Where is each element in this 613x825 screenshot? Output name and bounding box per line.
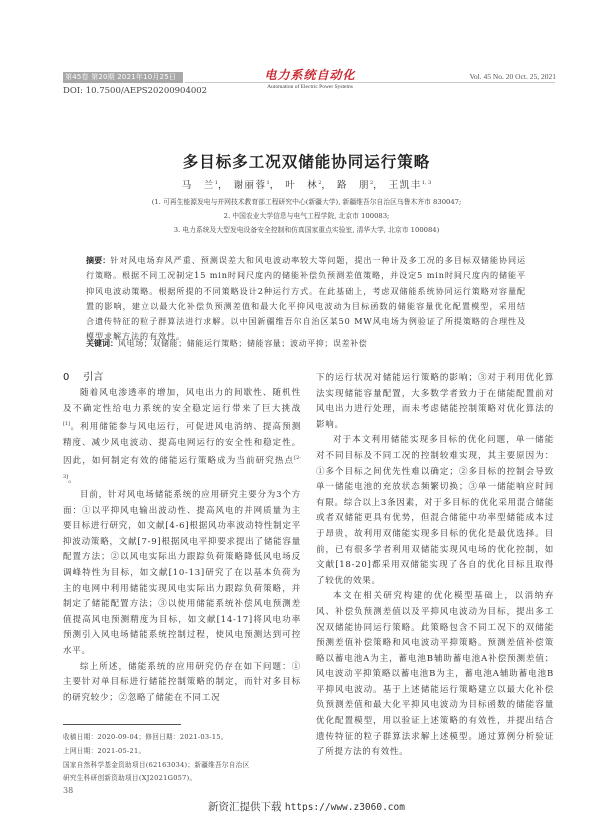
author: 叶 林: [285, 180, 318, 191]
issue-band: 第45卷 第20期 2021年10月25日: [63, 72, 183, 83]
body-column-right: 下的运行状况对储能运行策略的影响；③对于利用优化算法实现储能容量配置，大多数学者…: [316, 371, 554, 761]
section-heading: 0引言: [63, 368, 103, 383]
watermark: 新资汇提供下载 https://www.z3060.com: [0, 799, 613, 814]
abstract-text: 针对风电场弃风严重、预测误差大和风电波动率较大等问题，提出一种计及多工况的多目标…: [86, 255, 526, 341]
journal-logo: 电力系统自动化: [260, 66, 360, 83]
journal-name-en: Automation of Electric Power Systems: [240, 84, 380, 90]
affiliation-3: 3. 电力系统及大型发电设备安全控制和仿真国家重点实验室, 清华大学, 北京市 …: [0, 224, 613, 234]
page-number: 38: [63, 786, 73, 795]
paragraph: 本文在相关研究构建的优化模型基础上，以消纳弃风、补偿负预测差值以及平抑风电波动为…: [316, 589, 554, 761]
footnote-funding-cont: 研究生科研创新资助项目(XJ2021G057)。: [63, 772, 196, 782]
author: 谢丽蓉: [233, 180, 266, 191]
keywords: 关键词：风电场；双储能；储能运行策略；储能容量；波动平抑；误差补偿: [86, 338, 526, 349]
abstract: 摘要：针对风电场弃风严重、预测误差大和风电波动率较大等问题，提出一种计及多工况的…: [86, 253, 526, 345]
footnote-rule: [63, 724, 181, 725]
footnote-received: 收稿日期：2020-09-04；修回日期：2021-03-15。: [63, 731, 228, 741]
author: 路 朋: [337, 180, 370, 191]
section-title: 引言: [83, 372, 103, 383]
affiliation-1: (1. 可再生能源发电与并网技术教育部工程研究中心(新疆大学), 新疆维吾尔自治…: [0, 196, 613, 206]
doi: DOI: 10.7500/AEPS20200904002: [63, 86, 207, 96]
volume-info: Vol. 45 No. 20 Oct. 25, 2021: [440, 72, 556, 81]
paragraph: 对于本文利用储能实现多目标的优化问题，单一储能对不同目标及不同工况的控制较难实现…: [316, 433, 554, 589]
paragraph: 随着风电渗透率的增加，风电出力的间歇性、随机性及不确定性给电力系统的安全稳定运行…: [63, 386, 301, 488]
watermark-url[interactable]: https://www.z3060.com: [285, 802, 405, 813]
paragraph: 目前，针对风电场储能系统的应用研究主要分为3个方面：①以平抑风电输出波动性、提高…: [63, 488, 301, 660]
keywords-label: 关键词：: [86, 339, 118, 348]
keywords-text: 风电场；双储能；储能运行策略；储能容量；波动平抑；误差补偿: [118, 339, 367, 348]
footnote-online: 上网日期：2021-05-21。: [63, 745, 145, 755]
paragraph: 综上所述，储能系统的应用研究仍存在如下问题：①主要针对单目标进行储能控制策略的制…: [63, 660, 301, 707]
footnote-funding: 国家自然科学基金资助项目(62163034)；新疆维吾尔自治区: [63, 759, 249, 769]
affiliation-2: 2. 中国农业大学信息与电气工程学院, 北京市 100083;: [0, 210, 613, 220]
author: 王凯丰: [389, 180, 422, 191]
abstract-label: 摘要：: [86, 255, 110, 265]
header-rule: [185, 82, 555, 83]
section-number: 0: [63, 372, 69, 383]
article-title: 多目标多工况双储能协同运行策略: [0, 150, 613, 172]
author-list: 马 兰1， 谢丽蓉1， 叶 林2， 路 朋2， 王凯丰1, 3: [0, 177, 613, 191]
author: 马 兰: [182, 180, 215, 191]
paragraph: 下的运行状况对储能运行策略的影响；③对于利用优化算法实现储能容量配置，大多数学者…: [316, 371, 554, 433]
body-column-left: 随着风电渗透率的增加，风电出力的间歇性、随机性及不确定性给电力系统的安全稳定运行…: [63, 386, 301, 706]
watermark-text: 新资汇提供下载: [208, 801, 282, 813]
